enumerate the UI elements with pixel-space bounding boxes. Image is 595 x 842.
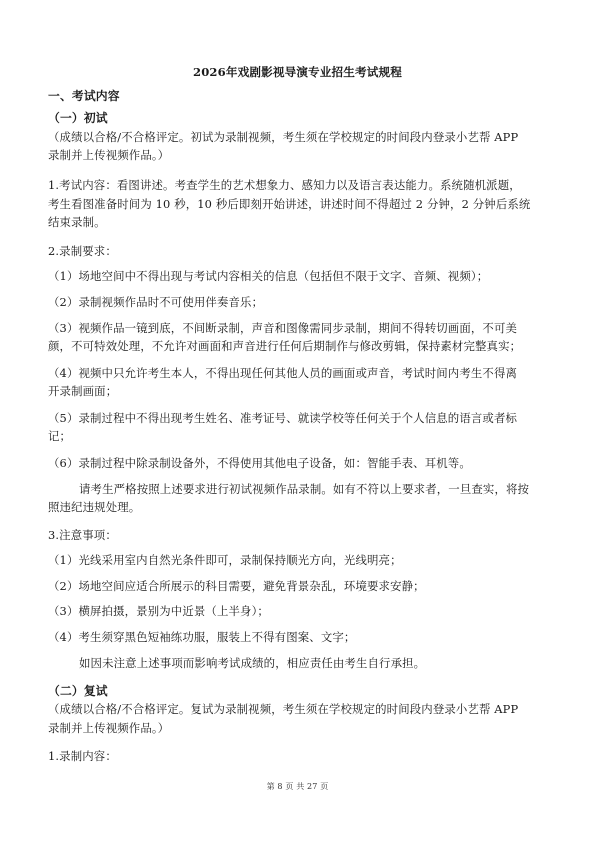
page-footer: 第 8 页 共 27 页 xyxy=(0,778,595,796)
document-title: 2026年戏剧影视导演专业招生考试规程 xyxy=(0,63,595,81)
note-1: （1）光线采用室内自然光条件即可，录制保持顺光方向，光线明亮； xyxy=(48,551,402,569)
rule-3-line-2: 颜，不可特效处理，不允许对画面和声音进行任何后期制作与修改剪辑，保持素材完整真实… xyxy=(48,337,521,355)
retest-intro-line-1: （成绩以合格/不合格评定。复试为录制视频，考生须在学校规定的时间段内登录小艺帮 … xyxy=(48,700,518,718)
rule-4-line-1: （4）视频中只允许考生本人，不得出现任何其他人员的画面或声音，考试时间内考生不得… xyxy=(48,364,517,382)
warning-line-2: 照违纪违规处理。 xyxy=(48,498,140,516)
rule-6: （6）录制过程中除录制设备外，不得使用其他电子设备，如：智能手表、耳机等。 xyxy=(48,454,471,472)
note-4: （4）考生须穿黑色短袖练功服，服装上不得有图案、文字； xyxy=(48,628,355,646)
warning-line-1: 请考生严格按照上述要求进行初试视频作品录制。如有不符以上要求者，一旦查实，将按 xyxy=(79,480,529,498)
rule-5-line-1: （5）录制过程中不得出现考生姓名、准考证号、就读学校等任何关于个人信息的语言或者… xyxy=(48,409,517,427)
document-page: 2026年戏剧影视导演专业招生考试规程 一、考试内容 （一）初试 （成绩以合格/… xyxy=(0,0,595,842)
rule-3-line-1: （3）视频作品一镜到底，不间断录制，声音和图像需同步录制，期间不得转切画面，不可… xyxy=(48,319,517,337)
recording-requirements-heading: 2.录制要求： xyxy=(48,242,117,260)
rule-5-line-2: 记； xyxy=(48,427,71,445)
subsection-heading-preliminary: （一）初试 xyxy=(48,109,108,127)
exam-content-line-1: 1.考试内容：看图讲述。考查学生的艺术想象力、感知力以及语言表达能力。系统随机派… xyxy=(48,176,521,194)
note-3: （3）横屏拍摄，景别为中近景（上半身）； xyxy=(48,602,269,620)
section-heading-exam-content: 一、考试内容 xyxy=(48,87,120,105)
exam-content-line-3: 结束录制。 xyxy=(48,213,106,231)
subsection-heading-retest: （二）复试 xyxy=(48,682,108,700)
exam-content-line-2: 考生看图准备时间为 10 秒，10 秒后即刻开始讲述，讲述时间不得超过 2 分钟… xyxy=(48,195,530,213)
notes-disclaimer: 如因未注意上述事项而影响考试成绩的，相应责任由考生自行承担。 xyxy=(79,654,425,672)
note-2: （2）场地空间应适合所展示的科目需要，避免背景杂乱，环境要求安静； xyxy=(48,577,425,595)
rule-2: （2）录制视频作品时不可使用伴奏音乐； xyxy=(48,293,263,311)
rule-1: （1）场地空间中不得出现与考试内容相关的信息（包括但不限于文字、音频、视频）； xyxy=(48,267,488,285)
rule-4-line-2: 开录制画面； xyxy=(48,382,117,400)
preliminary-intro-line-1: （成绩以合格/不合格评定。初试为录制视频，考生须在学校规定的时间段内登录小艺帮 … xyxy=(48,128,518,146)
notes-heading: 3.注意事项： xyxy=(48,526,117,544)
preliminary-intro-line-2: 录制并上传视频作品。） xyxy=(48,146,169,164)
retest-recording-content-heading: 1.录制内容： xyxy=(48,747,117,765)
retest-intro-line-2: 录制并上传视频作品。） xyxy=(48,719,169,737)
